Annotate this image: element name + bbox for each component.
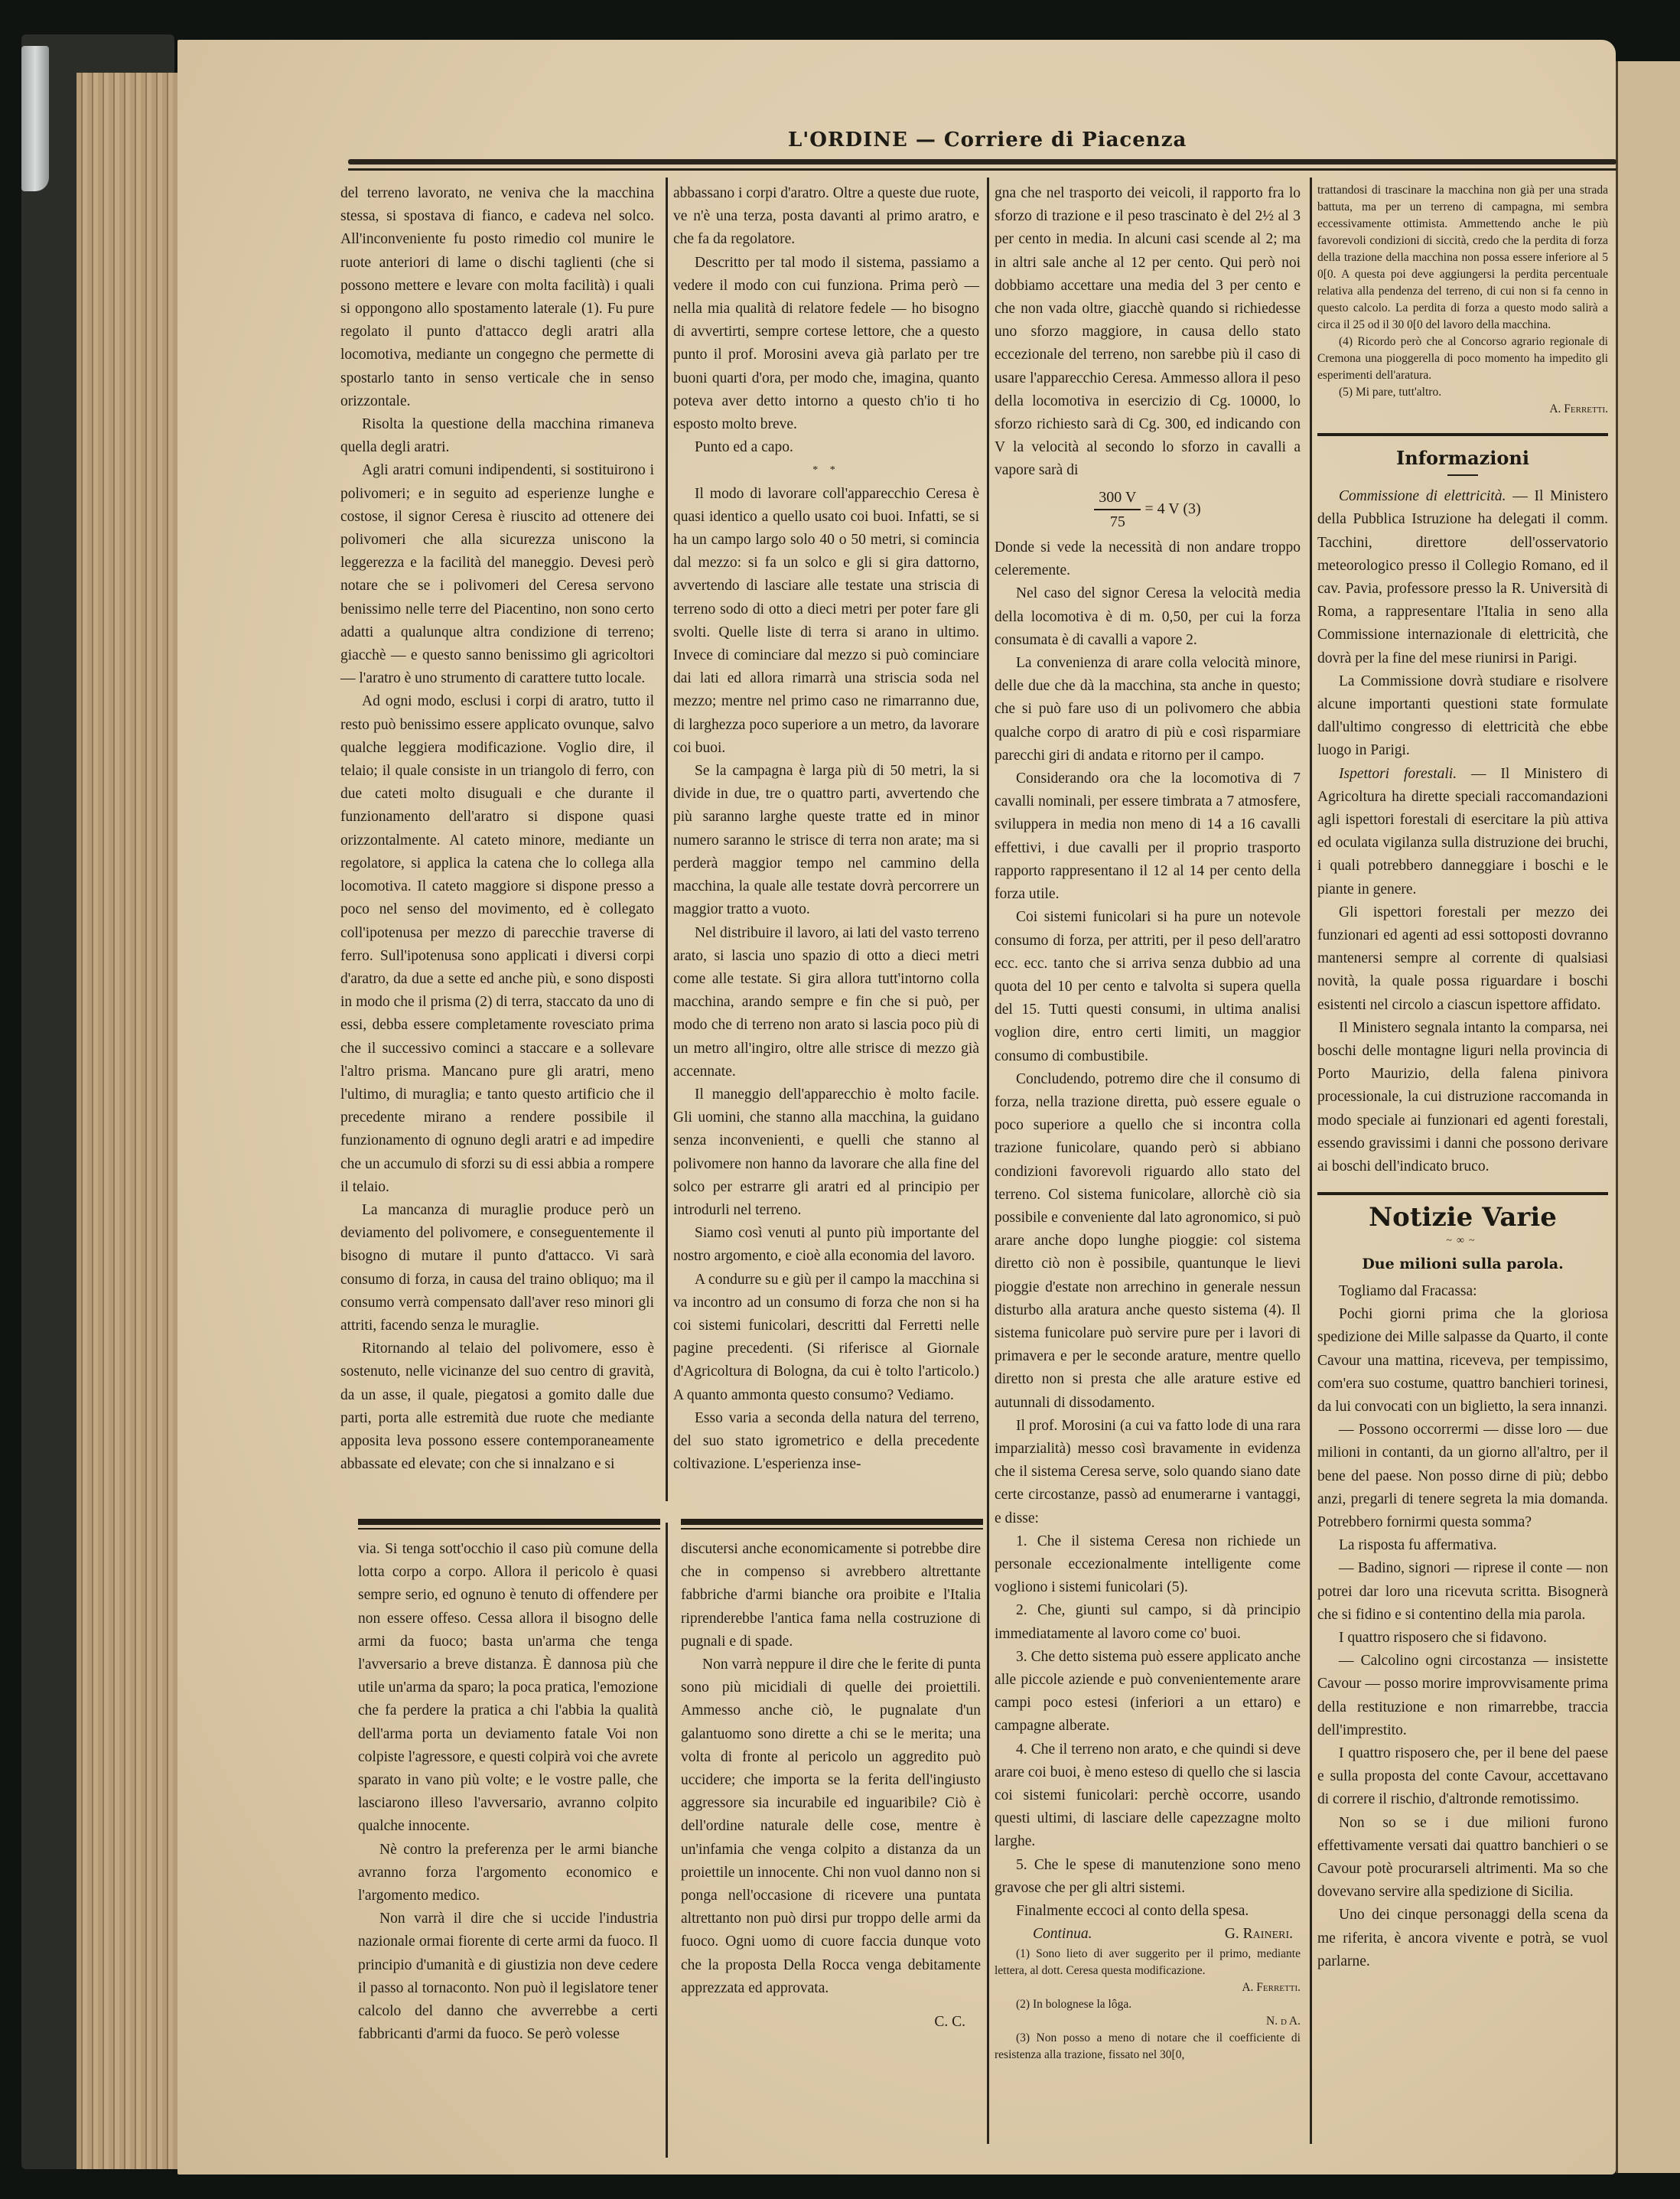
paragraph: — Possono occorrermi — disse loro — due … xyxy=(1317,1419,1608,1534)
masthead-rule-thin xyxy=(348,168,1617,171)
paragraph: I quattro risposero che, per il bene del… xyxy=(1317,1742,1608,1812)
paragraph: gna che nel trasporto dei veicoli, il ra… xyxy=(995,182,1301,483)
paragraph: Non varrà il dire che si uccide l'indust… xyxy=(358,1907,658,2046)
section-title-notizie: Notizie Varie xyxy=(1317,1206,1608,1229)
article-column-1: del terreno lavorato, ne veniva che la m… xyxy=(340,182,654,1476)
continua-label: Continua. xyxy=(1033,1923,1092,1946)
section-rule xyxy=(681,1519,983,1525)
paragraph: Nè contro la preferenza per le armi bian… xyxy=(358,1839,658,1908)
column-rule xyxy=(666,178,668,1501)
formula: 300 V 75 = 4 V (3) xyxy=(995,486,1301,533)
paragraph: Agli aratri comuni indipendenti, si sost… xyxy=(340,459,654,690)
section-rule-thin xyxy=(358,1528,660,1530)
section-rule-thin xyxy=(681,1528,983,1530)
paragraph: Il Ministero segnala intanto la comparsa… xyxy=(1317,1017,1608,1178)
footnote-signature: A. Ferretti. xyxy=(1317,401,1608,418)
paragraph: Se la campagna è larga più di 50 metri, … xyxy=(673,760,979,921)
paragraph: I quattro risposero che si fidavono. xyxy=(1317,1627,1608,1650)
paragraph: Risolta la questione della macchina rima… xyxy=(340,413,654,459)
article-signature: C. C. xyxy=(681,2011,981,2034)
footnote-signature: N. d A. xyxy=(995,2013,1301,2030)
article-column-3: gna che nel trasporto dei veicoli, il ra… xyxy=(995,182,1301,2064)
paragraph: Nel caso del signor Ceresa la velocità m… xyxy=(995,582,1301,652)
page-stack-edge xyxy=(77,73,180,2169)
footnote: (4) Ricordo però che al Concorso agrario… xyxy=(1317,334,1608,384)
author-signature: G. Raineri. xyxy=(1225,1923,1293,1946)
list-item: 5. Che le spese di manutenzione sono men… xyxy=(995,1854,1301,1900)
column-rule xyxy=(1310,178,1312,2144)
masthead-rule xyxy=(348,159,1617,165)
paragraph: abbassano i corpi d'aratro. Oltre a ques… xyxy=(673,182,979,252)
paragraph: Ritornando al telaio del polivomere, ess… xyxy=(340,1337,654,1476)
paragraph: A condurre su e giù per il campo la macc… xyxy=(673,1269,979,1407)
footnote-signature: A. Ferretti. xyxy=(995,1979,1301,1996)
formula-numerator: 300 V xyxy=(1094,486,1141,510)
article-column-2: abbassano i corpi d'aratro. Oltre a ques… xyxy=(673,182,979,1476)
paragraph: Ad ogni modo, esclusi i corpi di aratro,… xyxy=(340,690,654,1198)
list-item: 4. Che il terreno non arato, e che quind… xyxy=(995,1738,1301,1854)
paragraph: Donde si vede la necessità di non andare… xyxy=(995,536,1301,582)
paragraph: Finalmente eccoci al conto della spesa. xyxy=(995,1900,1301,1923)
paragraph: Considerando ora che la locomotiva di 7 … xyxy=(995,767,1301,906)
section-rule xyxy=(1317,1192,1608,1195)
footnote: (2) In bolognese la lôga. xyxy=(995,1996,1301,2013)
paragraph: Uno dei cinque personaggi della scena da… xyxy=(1317,1904,1608,1973)
article-column-4: trattandosi di trascinare la macchina no… xyxy=(1317,182,1608,1973)
formula-result: = 4 V (3) xyxy=(1144,500,1200,516)
paragraph: Siamo così venuti al punto più important… xyxy=(673,1222,979,1268)
list-item: 1. Che il sistema Ceresa non richiede un… xyxy=(995,1530,1301,1600)
paragraph: Nel distribuire il lavoro, ai lati del v… xyxy=(673,922,979,1083)
paragraph: Il prof. Morosini (a cui va fatto lode d… xyxy=(995,1415,1301,1530)
paragraph: Ispettori forestali. — Il Ministero di A… xyxy=(1317,763,1608,901)
paragraph: La mancanza di muraglie produce però un … xyxy=(340,1199,654,1337)
footnote: (5) Mi pare, tutt'altro. xyxy=(1317,384,1608,401)
paragraph: Togliamo dal Fracassa: xyxy=(1317,1280,1608,1303)
flourish-icon: ~∞~ xyxy=(1317,1230,1608,1253)
list-item: 3. Che detto sistema può essere applicat… xyxy=(995,1646,1301,1738)
paragraph: Esso varia a seconda della natura del te… xyxy=(673,1407,979,1477)
footnote: (3) Non posso a meno di notare che il co… xyxy=(995,2030,1301,2064)
paragraph: via. Si tenga sott'occhio il caso più co… xyxy=(358,1538,658,1839)
binder-clip xyxy=(21,46,49,191)
footnotes-continued: trattandosi di trascinare la macchina no… xyxy=(1317,182,1608,418)
paragraph: Non so se i due milioni furono effettiva… xyxy=(1317,1812,1608,1904)
formula-denominator: 75 xyxy=(1110,513,1125,530)
paragraph: discutersi anche economicamente si potre… xyxy=(681,1538,981,1653)
article-column-2-bottom: discutersi anche economicamente si potre… xyxy=(681,1538,981,2034)
section-rule xyxy=(1317,422,1608,436)
list-item: 2. Che, giunti sul campo, si dà principi… xyxy=(995,1599,1301,1645)
paragraph: Commissione di elettricità. — Il Ministe… xyxy=(1317,485,1608,670)
paragraph: Coi sistemi funicolari si ha pure un not… xyxy=(995,906,1301,1067)
paragraph: Gli ispettori forestali per mezzo dei fu… xyxy=(1317,901,1608,1017)
footnotes: (1) Sono lieto di aver suggerito per il … xyxy=(995,1946,1301,2064)
paragraph: Il modo di lavorare coll'apparecchio Cer… xyxy=(673,483,979,760)
column-rule xyxy=(666,1523,668,2158)
separator-stars: * * xyxy=(673,459,979,482)
paragraph-lead: Commissione di elettricità. xyxy=(1339,488,1506,504)
paragraph: Non varrà neppure il dire che le ferite … xyxy=(681,1653,981,2000)
paragraph: Pochi giorni prima che la gloriosa spedi… xyxy=(1317,1303,1608,1419)
footnote: (1) Sono lieto di aver suggerito per il … xyxy=(995,1946,1301,1979)
section-rule xyxy=(358,1519,660,1525)
paragraph: La Commissione dovrà studiare e risolver… xyxy=(1317,670,1608,763)
paragraph: — Calcolino ogni circostanza — insistett… xyxy=(1317,1650,1608,1742)
masthead-title: L'ORDINE — Corriere di Piacenza xyxy=(788,129,1187,151)
article-signature-row: Continua. G. Raineri. xyxy=(995,1923,1301,1946)
paragraph: Concludendo, potremo dire che il consumo… xyxy=(995,1068,1301,1415)
paragraph: — Badino, signori — riprese il conte — n… xyxy=(1317,1557,1608,1627)
next-page-edge xyxy=(1616,61,1680,2173)
paragraph: Punto ed a capo. xyxy=(673,436,979,459)
paragraph: Il maneggio dell'apparecchio è molto fac… xyxy=(673,1083,979,1222)
paragraph: La convenienza di arare colla velocità m… xyxy=(995,652,1301,767)
paragraph-lead: Ispettori forestali. xyxy=(1339,766,1457,782)
article-subtitle: Due milioni sulla parola. xyxy=(1317,1253,1608,1275)
column-rule xyxy=(987,178,989,2144)
footnote: trattandosi di trascinare la macchina no… xyxy=(1317,182,1608,334)
section-title-informazioni: Informazioni xyxy=(1317,447,1608,470)
paragraph: La risposta fu affermativa. xyxy=(1317,1534,1608,1557)
paragraph: del terreno lavorato, ne veniva che la m… xyxy=(340,182,654,413)
title-dash xyxy=(1447,474,1478,476)
paragraph: Descritto per tal modo il sistema, passi… xyxy=(673,252,979,437)
article-column-1-bottom: via. Si tenga sott'occhio il caso più co… xyxy=(358,1538,658,2046)
